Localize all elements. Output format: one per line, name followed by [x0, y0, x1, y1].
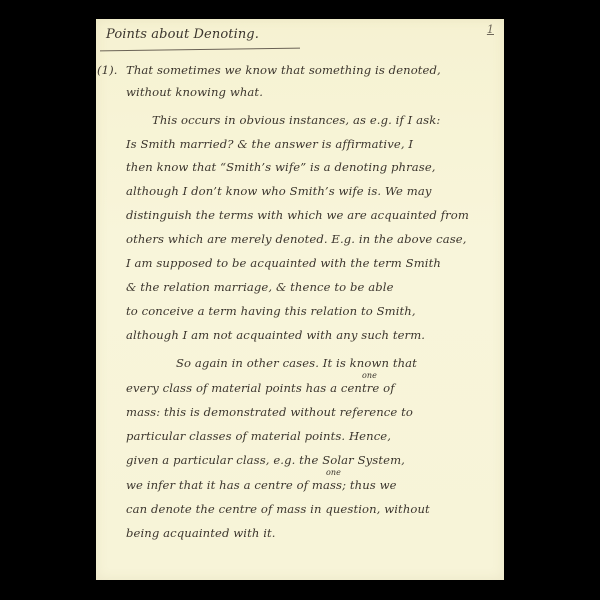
insertion-one-2: one [326, 468, 341, 477]
text-line-8: others which are merely denoted. E.g. in… [126, 232, 467, 246]
text-line-19: can denote the centre of mass in questio… [126, 502, 430, 516]
text-line-11: to conceive a term having this relation … [126, 304, 416, 318]
text-line-7: distinguish the terms with which we are … [126, 208, 469, 222]
manuscript-page: 1 Points about Denoting. (1). That somet… [96, 19, 504, 580]
text-line-14: every class of material points has a cen… [126, 381, 395, 395]
text-line-17: given a particular class, e.g. the Solar… [126, 453, 405, 467]
text-line-20: being acquainted with it. [126, 526, 276, 540]
text-line-12: although I am not acquainted with any su… [126, 328, 425, 342]
text-line-5: then know that “Smith’s wife” is a denot… [126, 160, 436, 174]
page-number: 1 [487, 23, 494, 36]
text-line-1: That sometimes we know that something is… [126, 63, 441, 77]
text-line-18: we infer that it has a centre of mass; t… [126, 478, 397, 492]
insertion-one-1: one [362, 371, 377, 380]
title-underline [100, 48, 300, 52]
text-line-6: although I don’t know who Smith’s wife i… [126, 184, 432, 198]
text-line-13: So again in other cases. It is known tha… [176, 356, 417, 370]
text-line-2: without knowing what. [126, 85, 263, 99]
text-line-9: I am supposed to be acquainted with the … [126, 256, 441, 270]
page-title: Points about Denoting. [106, 27, 259, 42]
text-line-10: & the relation marriage, & thence to be … [126, 280, 394, 294]
text-line-16: particular classes of material points. H… [126, 429, 391, 443]
text-line-3: This occurs in obvious instances, as e.g… [152, 113, 440, 127]
section-number: (1). [97, 63, 118, 77]
text-line-15: mass: this is demonstrated without refer… [126, 405, 413, 419]
text-line-4: Is Smith married? & the answer is affirm… [126, 137, 413, 151]
